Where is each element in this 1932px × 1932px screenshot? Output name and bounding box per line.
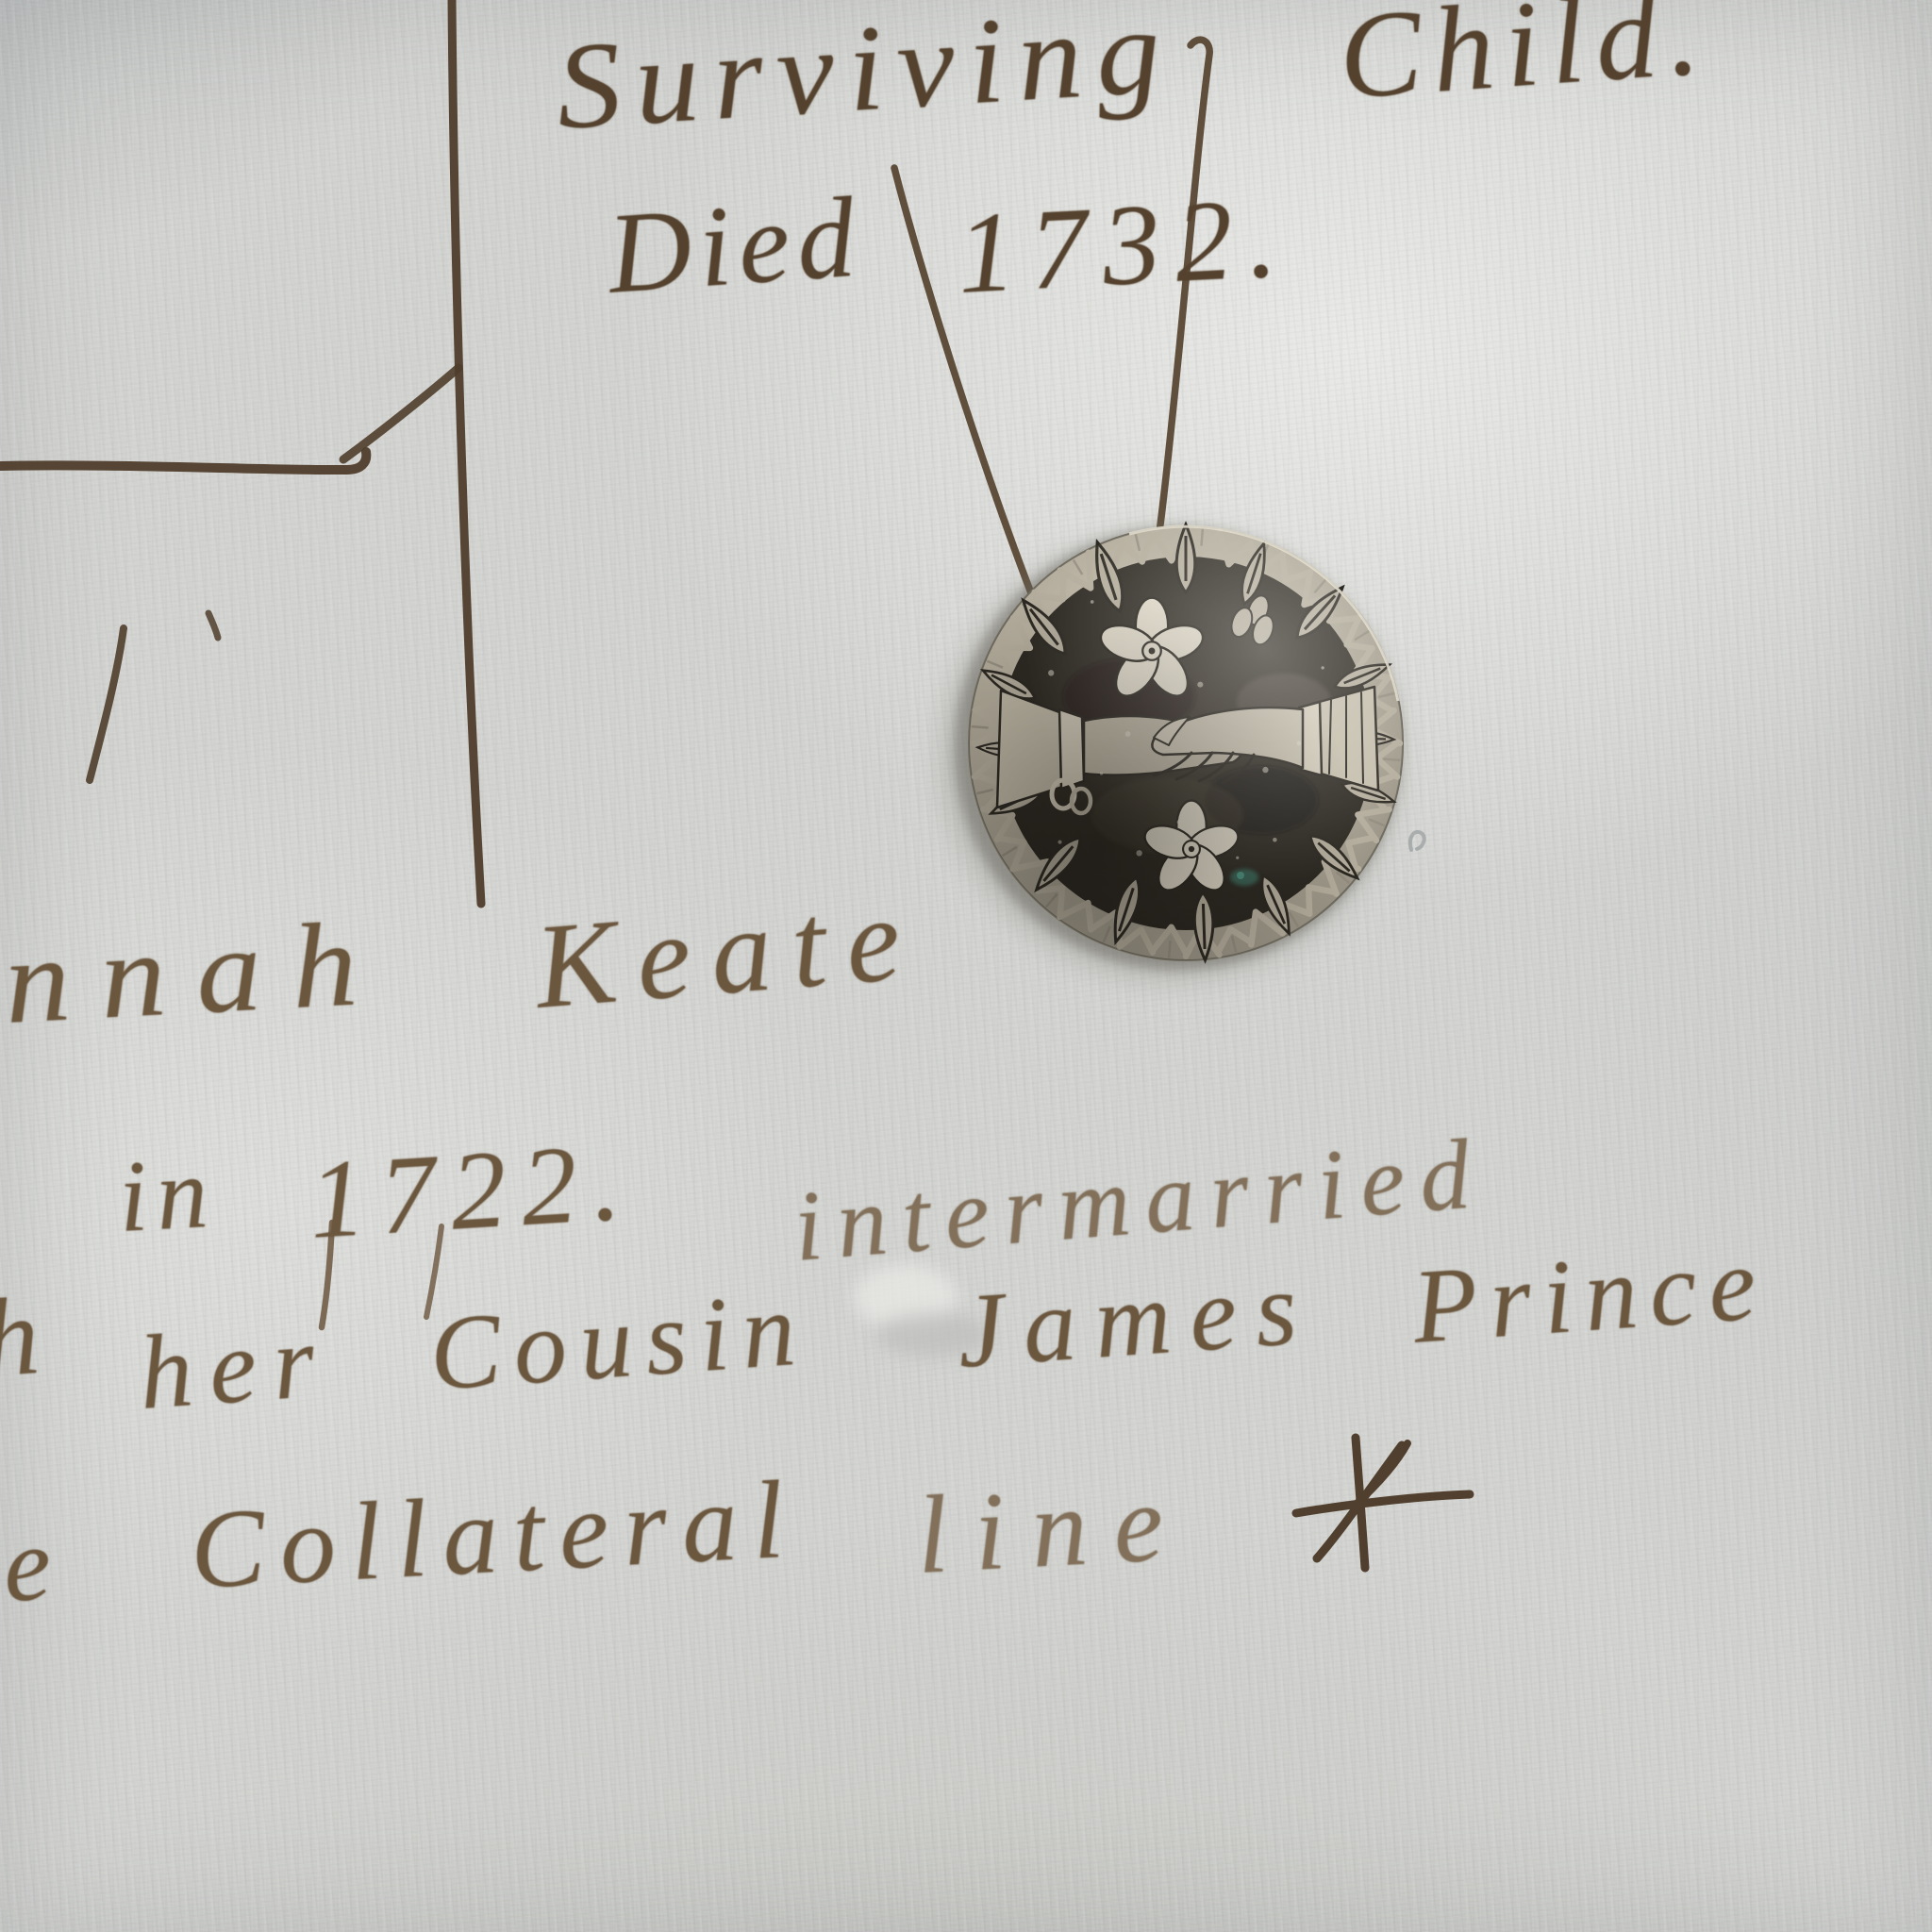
word-prince: Prince — [1409, 1223, 1773, 1369]
word-child: Child. — [1335, 0, 1715, 128]
word-line: line — [913, 1457, 1192, 1600]
coin-shadow-overlay — [969, 526, 1403, 960]
word-died: Died — [604, 171, 866, 320]
word-married-year: 1722. — [306, 1117, 639, 1265]
word-her: her — [136, 1300, 336, 1435]
word-surviving: Surviving — [552, 0, 1177, 158]
word-nnah: nnah — [1, 893, 391, 1052]
photo-of-manuscript: Surviving Child. Died 1732. nnah Keate i… — [0, 0, 1932, 1932]
word-died-year: 1732. — [954, 172, 1294, 321]
word-james: James — [954, 1247, 1320, 1393]
word-cousin: Cousin — [426, 1268, 812, 1416]
silver-coin — [963, 521, 1408, 966]
word-collateral: Collateral — [187, 1455, 801, 1615]
word-keate: Keate — [530, 868, 925, 1037]
word-h-cut: h — [0, 1272, 43, 1404]
word-e-cut: e — [1, 1503, 54, 1626]
handwriting-layer: Surviving Child. Died 1732. nnah Keate i… — [0, 0, 1932, 1932]
word-in: in — [116, 1135, 220, 1257]
